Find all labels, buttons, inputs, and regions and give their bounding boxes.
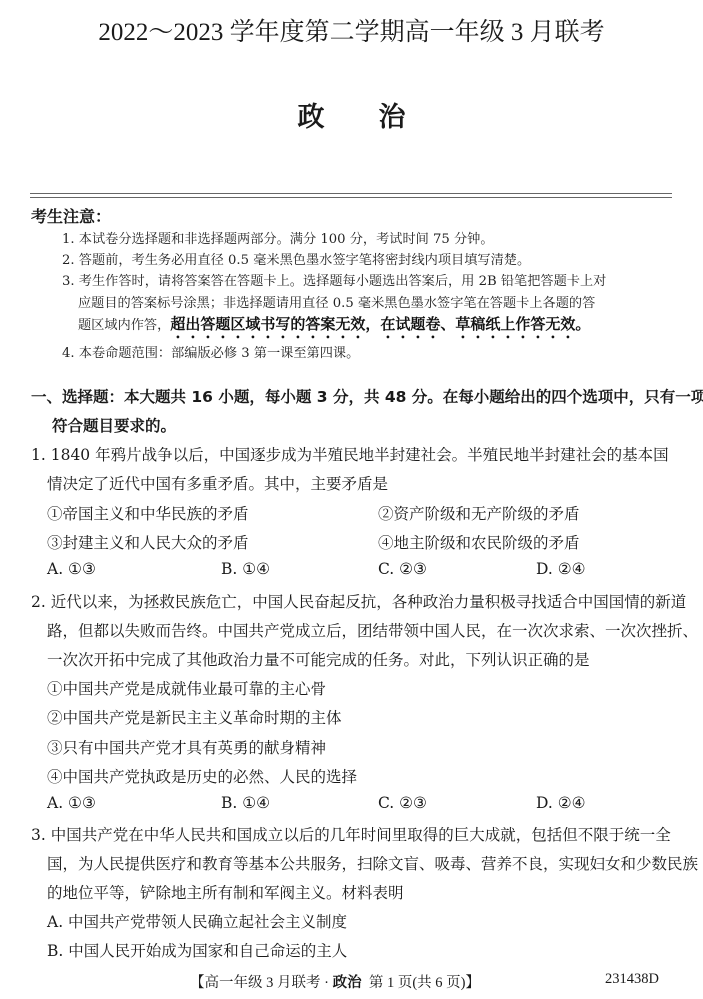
- subject-char-1: 政: [298, 95, 325, 134]
- question-3-stem-line-3: 的地位平等，铲除地主所有制和军阀主义。材料表明: [47, 881, 404, 903]
- question-1-stem-line-2: 情决定了近代中国有多重矛盾。其中，主要矛盾是: [47, 472, 388, 494]
- question-3-choice-b[interactable]: B. 中国人民开始成为国家和自己命运的主人: [47, 939, 347, 961]
- notice-item-3-cont: 应题目的答案标号涂黑；非选择题请用直径 0.5 毫米黑色墨水签字笔在答题卡上各题…: [78, 292, 595, 311]
- notice-item-3: 3. 考生作答时，请将答案答在答题卡上。选择题每小题选出答案后，用 2B 铅笔把…: [62, 270, 606, 289]
- question-1-statement-3: ③封建主义和人民大众的矛盾: [47, 531, 249, 553]
- notice-item-2: 2. 答题前，考生务必用直径 0.5 毫米黑色墨水签字笔将密封线内项目填写清楚。: [62, 249, 530, 268]
- section-heading: 一、选择题：本大题共 16 小题，每小题 3 分，共 48 分。在每小题给出的四…: [31, 385, 703, 407]
- question-2-choice-c[interactable]: C. ②③: [378, 794, 427, 812]
- question-1-statement-4: ④地主阶级和农民阶级的矛盾: [378, 531, 580, 553]
- question-2-statement-1: ①中国共产党是成就伟业最可靠的主心骨: [47, 677, 326, 699]
- question-1-statement-1: ①帝国主义和中华民族的矛盾: [47, 502, 249, 524]
- page-footer: 【高一年级 3 月联考 · 政治 第 1 页(共 6 页)】: [190, 971, 480, 992]
- subject-char-2: 治: [379, 95, 406, 134]
- question-3-choice-a[interactable]: A. 中国共产党带领人民确立起社会主义制度: [47, 910, 347, 932]
- question-3-stem-line-1: 3. 中国共产党在中华人民共和国成立以后的几年时间里取得的巨大成就，包括但不限于…: [31, 823, 671, 845]
- question-2-choice-b[interactable]: B. ①④: [221, 794, 270, 812]
- question-2-statement-4: ④中国共产党执政是历史的必然、人民的选择: [47, 765, 357, 787]
- question-2-stem-line-1: 2. 近代以来，为拯救民族危亡，中国人民奋起反抗，各种政治力量积极寻找适合中国国…: [31, 590, 686, 612]
- notice-heading: 考生注意：: [31, 204, 111, 227]
- footer-exam-label: 【高一年级 3 月联考 ·: [190, 975, 333, 991]
- question-2-stem-line-2: 路，但都以失败而告终。中国共产党成立后，团结带领中国人民，在一次次求索、一次次挫…: [47, 619, 698, 641]
- notice-item-1: 1. 本试卷分选择题和非选择题两部分。满分 100 分，考试时间 75 分钟。: [62, 228, 494, 247]
- divider-line-top: [30, 193, 672, 194]
- question-1-choice-c[interactable]: C. ②③: [378, 560, 427, 578]
- question-3-stem-line-2: 国，为人民提供医疗和教育等基本公共服务，扫除文盲、吸毒、营养不良，实现妇女和少数…: [47, 852, 698, 874]
- question-1-choice-a[interactable]: A. ①③: [47, 560, 96, 578]
- notice-item-3-cont2: 题区域内作答，超出答题区域书写的答案无效，在试题卷、草稿纸上作答无效。: [78, 313, 590, 342]
- notice-item-3-tail: 题区域内作答，: [78, 318, 170, 333]
- question-2-choice-a[interactable]: A. ①③: [47, 794, 96, 812]
- divider-line-bottom: [30, 197, 672, 198]
- question-1-choice-d[interactable]: D. ②④: [536, 560, 586, 578]
- question-1-stem-line-1: 1. 1840 年鸦片战争以后，中国逐步成为半殖民地半封建社会。半殖民地半封建社…: [31, 443, 669, 465]
- question-2-statement-2: ②中国共产党是新民主主义革命时期的主体: [47, 706, 342, 728]
- footer-code: 231438D: [605, 971, 659, 988]
- notice-emphasis: 超出答题区域书写的答案无效，在试题卷、草稿纸上作答无效。: [170, 315, 590, 333]
- section-heading-cont: 符合题目要求的。: [52, 414, 176, 436]
- footer-page-number: 第 1 页(共 6 页)】: [369, 975, 480, 991]
- exam-title: 2022～2023 学年度第二学期高一年级 3 月联考: [0, 12, 703, 48]
- footer-subject: 政治: [333, 975, 362, 991]
- subject-title: 政治: [0, 95, 703, 134]
- question-1-choice-b[interactable]: B. ①④: [221, 560, 270, 578]
- question-2-choice-d[interactable]: D. ②④: [536, 794, 586, 812]
- question-2-statement-3: ③只有中国共产党才具有英勇的献身精神: [47, 736, 326, 758]
- question-2-stem-line-3: 一次次开拓中完成了其他政治力量不可能完成的任务。对此，下列认识正确的是: [47, 648, 590, 670]
- notice-item-4: 4. 本卷命题范围：部编版必修 3 第一课至第四课。: [62, 342, 359, 361]
- question-1-statement-2: ②资产阶级和无产阶级的矛盾: [378, 502, 580, 524]
